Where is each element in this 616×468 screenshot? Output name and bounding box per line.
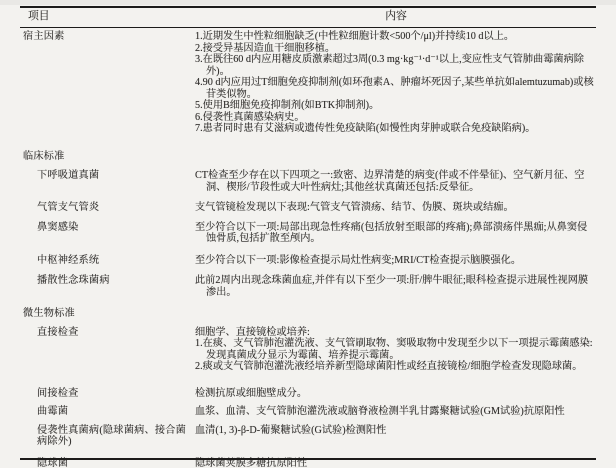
column-header-content: 内容 (195, 10, 616, 22)
column-header-item: 项目 (0, 10, 195, 22)
table-row: 播散性念珠菌病此前2周内出现念珠菌血症,并伴有以下至少一项:肝/脾牛眼征;眼科检… (0, 275, 597, 298)
row-content: 检测抗原或细胞壁成分。 (195, 388, 597, 400)
table-row: 侵袭性真菌病(隐球菌病、接合菌病除外)血清(1, 3)-β-D-葡聚糖试验(G试… (0, 425, 597, 448)
row-content: 1.近期发生中性粒细胞缺乏(中性粒细胞计数<500个/μl)并持续10 d以上。… (195, 31, 597, 135)
scanned-table-page: 项目 内容 宿主因素1.近期发生中性粒细胞缺乏(中性粒细胞计数<500个/μl)… (0, 0, 616, 468)
row-label: 直接检查 (0, 327, 195, 339)
row-label: 鼻窦感染 (0, 222, 195, 234)
table-row: 临床标准 (0, 151, 597, 163)
content-paragraph: 细胞学、直接镜检或培养: (195, 327, 597, 339)
row-label: 播散性念珠菌病 (0, 275, 195, 287)
content-paragraph: 至少符合以下一项:影像检查提示局灶性病变;MRI/CT检查提示脑膜强化。 (195, 255, 597, 267)
table-row: 鼻窦感染至少符合以下一项:局部出现急性疼痛(包括放射至眼部的疼痛);鼻部溃疡伴黑… (0, 222, 597, 245)
table-row: 曲霉菌血浆、血清、支气管肺泡灌洗液或脑脊液检测半乳甘露聚糖试验(GM试验)抗原阳… (0, 406, 597, 418)
row-label: 下呼吸道真菌 (0, 170, 195, 182)
content-paragraph: 1.在痰、支气管肺泡灌洗液、支气管刷取物、窦吸取物中发现至少以下一项提示霉菌感染… (195, 338, 597, 361)
row-label: 中枢神经系统 (0, 255, 195, 267)
content-paragraph: CT检查至少存在以下四项之一:致密、边界清楚的病变(伴或不伴晕征)、空气新月征、… (195, 170, 597, 193)
content-paragraph: 2.痰或支气管肺泡灌洗液经培养新型隐球菌阳性或经直接镜检/细胞学检查发现隐球菌。 (195, 361, 597, 373)
row-label: 气管支气管炎 (0, 202, 195, 214)
content-paragraph: 7.患者同时患有艾滋病或遗传性免疫缺陷(如慢性肉芽肿或联合免疫缺陷病)。 (195, 123, 597, 135)
row-content: 至少符合以下一项:影像检查提示局灶性病变;MRI/CT检查提示脑膜强化。 (195, 255, 597, 267)
table-row: 间接检查检测抗原或细胞壁成分。 (0, 388, 597, 400)
content-paragraph: 1.近期发生中性粒细胞缺乏(中性粒细胞计数<500个/μl)并持续10 d以上。 (195, 31, 597, 43)
content-paragraph: 此前2周内出现念珠菌血症,并伴有以下至少一项:肝/脾牛眼征;眼科检查提示进展性视… (195, 275, 597, 298)
table-row: 气管支气管炎支气管镜检发现以下表现:气管支气管溃疡、结节、伪膜、斑块或结痂。 (0, 202, 597, 214)
row-label: 宿主因素 (0, 31, 195, 43)
row-content: 此前2周内出现念珠菌血症,并伴有以下至少一项:肝/脾牛眼征;眼科检查提示进展性视… (195, 275, 597, 298)
content-paragraph: 3.在既往60 d内应用糖皮质激素超过3周(0.3 mg·kg⁻¹·d⁻¹以上,… (195, 54, 597, 77)
content-paragraph: 4.90 d内应用过T细胞免疫抑制剂(如环孢素A、肿瘤坏死因子,某些单抗如ale… (195, 77, 597, 100)
content-paragraph: 5.使用B细胞免疫抑制剂(如BTK抑制剂)。 (195, 100, 597, 112)
table-bottom-border (20, 458, 596, 460)
row-content: 至少符合以下一项:局部出现急性疼痛(包括放射至眼部的疼痛);鼻部溃疡伴黑痂;从鼻… (195, 222, 597, 245)
row-label: 曲霉菌 (0, 406, 195, 418)
table-body: 宿主因素1.近期发生中性粒细胞缺乏(中性粒细胞计数<500个/μl)并持续10 … (0, 28, 616, 468)
table-row: 宿主因素1.近期发生中性粒细胞缺乏(中性粒细胞计数<500个/μl)并持续10 … (0, 31, 597, 135)
content-paragraph: 支气管镜检发现以下表现:气管支气管溃疡、结节、伪膜、斑块或结痂。 (195, 202, 597, 214)
table-top-border (20, 6, 596, 8)
row-label: 间接检查 (0, 388, 195, 400)
row-content: 血清(1, 3)-β-D-葡聚糖试验(G试验)检测阳性 (195, 425, 597, 437)
content-paragraph: 血清(1, 3)-β-D-葡聚糖试验(G试验)检测阳性 (195, 425, 597, 437)
table-header-row: 项目 内容 (0, 10, 616, 22)
content-paragraph: 血浆、血清、支气管肺泡灌洗液或脑脊液检测半乳甘露聚糖试验(GM试验)抗原阳性 (195, 406, 597, 418)
row-content: 细胞学、直接镜检或培养:1.在痰、支气管肺泡灌洗液、支气管刷取物、窦吸取物中发现… (195, 327, 597, 373)
content-paragraph: 6.侵袭性真菌感染病史。 (195, 112, 597, 124)
row-content: 支气管镜检发现以下表现:气管支气管溃疡、结节、伪膜、斑块或结痂。 (195, 202, 597, 214)
table-row: 微生物标准 (0, 308, 597, 320)
content-paragraph: 至少符合以下一项:局部出现急性疼痛(包括放射至眼部的疼痛);鼻部溃疡伴黑痂;从鼻… (195, 222, 597, 245)
content-paragraph: 检测抗原或细胞壁成分。 (195, 388, 597, 400)
table-row: 中枢神经系统至少符合以下一项:影像检查提示局灶性病变;MRI/CT检查提示脑膜强… (0, 255, 597, 267)
table-row: 直接检查细胞学、直接镜检或培养:1.在痰、支气管肺泡灌洗液、支气管刷取物、窦吸取… (0, 327, 597, 373)
row-label: 侵袭性真菌病(隐球菌病、接合菌病除外) (0, 425, 195, 448)
row-label: 临床标准 (0, 151, 195, 163)
content-paragraph: 2.接受异基因造血干细胞移植。 (195, 43, 597, 55)
row-content: 血浆、血清、支气管肺泡灌洗液或脑脊液检测半乳甘露聚糖试验(GM试验)抗原阳性 (195, 406, 597, 418)
row-label: 微生物标准 (0, 308, 195, 320)
row-content: CT检查至少存在以下四项之一:致密、边界清楚的病变(伴或不伴晕征)、空气新月征、… (195, 170, 597, 193)
table-row: 下呼吸道真菌CT检查至少存在以下四项之一:致密、边界清楚的病变(伴或不伴晕征)、… (0, 170, 597, 193)
